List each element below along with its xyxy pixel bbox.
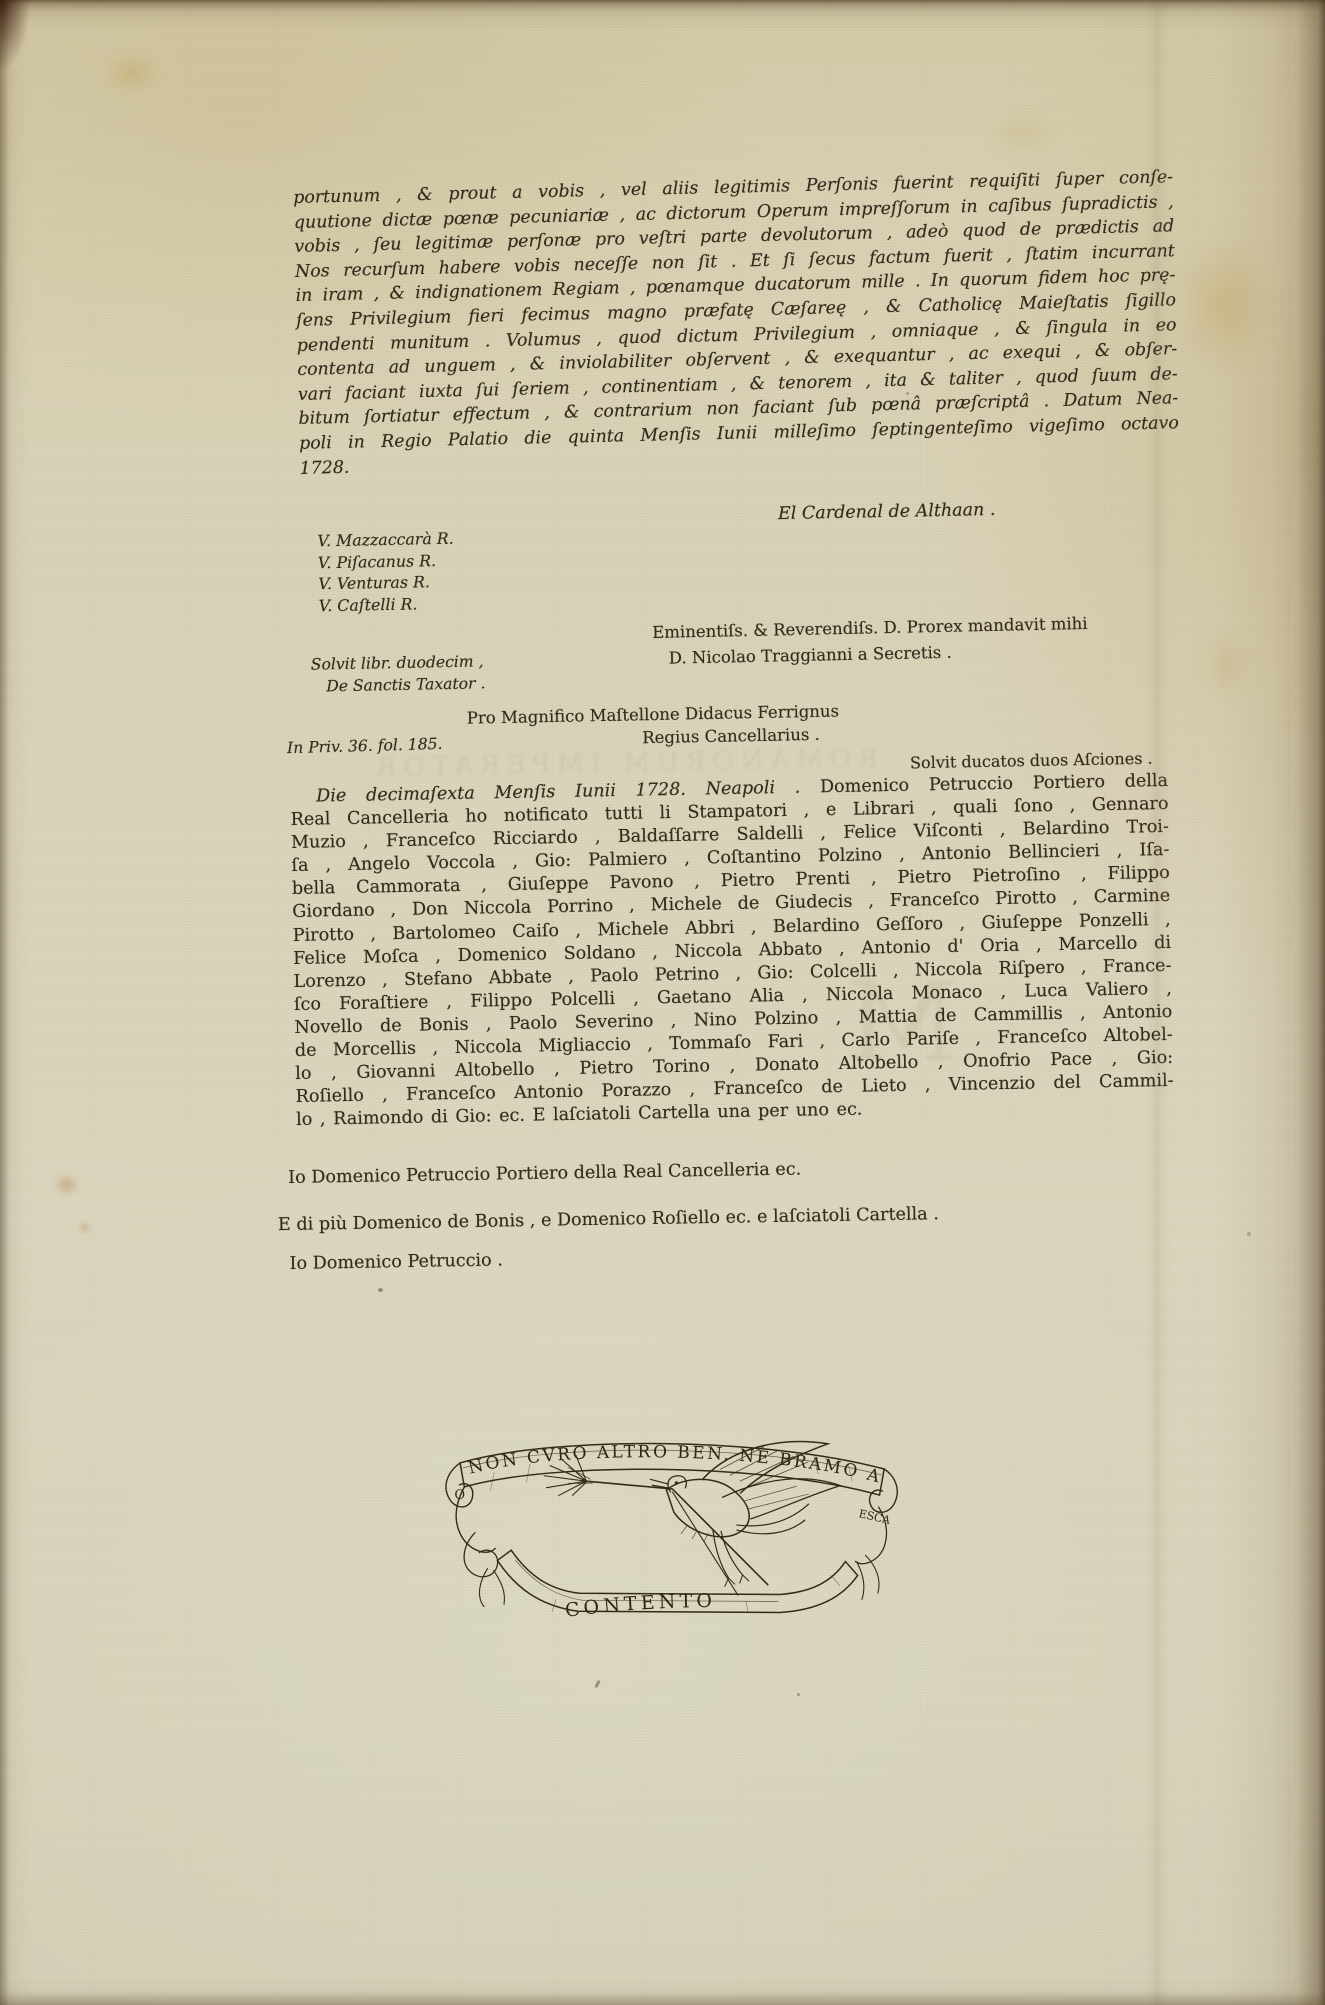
foxing-spot xyxy=(53,1173,80,1196)
notification-paragraph: Die decimaſexta Menſis Iunii 1728. Neapo… xyxy=(290,770,1174,1132)
ducats-payment-note: Solvit ducatos duos Aſciones . xyxy=(910,749,1153,773)
prorex-mandate-note: Eminentiſs. & Reverendiſs. D. Prorex man… xyxy=(652,610,1153,672)
emblem-motto-text: NON CVRO ALTRO BEN, NE BRAMO ALTR' O ESC… xyxy=(433,1415,894,1624)
attestation-block: Io Domenico Petruccio Portiero della Rea… xyxy=(288,1153,1170,1274)
attestation-line: Io Domenico Petruccio . xyxy=(289,1239,1169,1274)
foxing-spot xyxy=(77,1221,92,1234)
official-signature: V. Venturas R. xyxy=(318,571,455,595)
paper-stain xyxy=(990,112,1055,154)
attestation-line: Io Domenico Petruccio Portiero della Rea… xyxy=(288,1153,1168,1188)
gutter-corner-shadow xyxy=(0,0,30,70)
ink-speck xyxy=(594,1680,600,1688)
chancellor-note: Pro Magnifico Maſtellone Didacus Ferrign… xyxy=(467,697,948,752)
paper-stain xyxy=(1203,630,1248,700)
emblem-motto-left-fold: O xyxy=(454,1488,465,1503)
emblem-motto-bottom: CONTENTO xyxy=(564,1590,717,1622)
paper-stain xyxy=(103,52,161,94)
privilege-paragraph: portunum , & prout a vobis , vel aliis l… xyxy=(293,165,1180,481)
officials-signature-list: V. Mazzaccarà R. V. Piſacanus R. V. Vent… xyxy=(317,528,455,617)
official-signature: V. Mazzaccarà R. xyxy=(317,528,454,552)
printer-emblem-engraving: NON CVRO ALTRO BEN, NE BRAMO ALTR' O ESC… xyxy=(433,1415,906,1647)
taxator-payment-note: Solvit libr. duodecim , De Sanctis Taxat… xyxy=(311,650,486,697)
page-curvature-shading xyxy=(1215,0,1325,2005)
register-reference: In Priv. 36. fol. 185. xyxy=(287,735,443,757)
ink-speck xyxy=(1247,1232,1251,1236)
cardinal-signature: El Cardenal de Althaan . xyxy=(778,500,996,524)
ink-speck xyxy=(797,1693,800,1696)
official-signature: V. Piſacanus R. xyxy=(318,549,455,573)
paper-stain xyxy=(1178,238,1273,373)
ink-speck xyxy=(378,1288,383,1292)
taxator-note-line: De Sanctis Taxator . xyxy=(311,672,486,697)
official-signature: V. Caſtelli R. xyxy=(318,592,455,616)
attestation-line: E di più Domenico de Bonis , e Domenico … xyxy=(278,1200,1169,1235)
scanned-book-page: ROMANORUM IMPERATOR M portunum , & prout… xyxy=(0,0,1325,2005)
